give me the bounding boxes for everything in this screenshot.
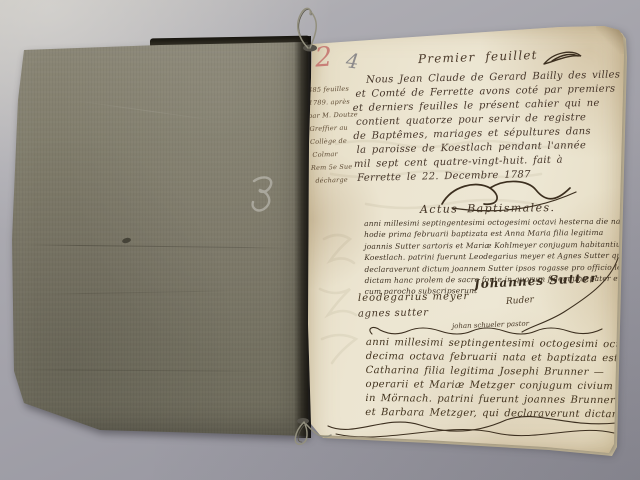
heading-flourish [542, 48, 584, 68]
manuscript-page: 2 4 Premier feuillet 485 feuilles 1789. … [306, 24, 628, 458]
cover-crease [71, 100, 220, 122]
bottom-flourish [324, 412, 620, 442]
chalk-mark-3 [248, 173, 282, 217]
section-heading: Actus Baptismales. [420, 201, 556, 216]
baptism-act-2: anni millesimi septingentesimi octogesim… [365, 336, 622, 422]
cover-crease [28, 244, 290, 248]
signature-agnes: agnes sutter [358, 307, 429, 319]
book-cover [10, 40, 310, 438]
attestation-paragraph: Nous Jean Claude de Gerard Bailly des vi… [352, 68, 626, 186]
scan-background: 2 4 Premier feuillet 485 feuilles 1789. … [0, 0, 640, 480]
cover-crease [24, 369, 264, 372]
binding-thread-bottom [288, 416, 334, 456]
folio-number-pencil: 4 [345, 48, 361, 73]
cover-crease [50, 290, 230, 294]
cover-ink-speck [122, 237, 132, 244]
page-paper: 2 4 Premier feuillet 485 feuilles 1789. … [306, 24, 628, 458]
cover-board [10, 40, 310, 438]
signature-leodegarius-meyer: leodegarius meyer [358, 291, 469, 304]
binding-thread-top [286, 6, 332, 52]
